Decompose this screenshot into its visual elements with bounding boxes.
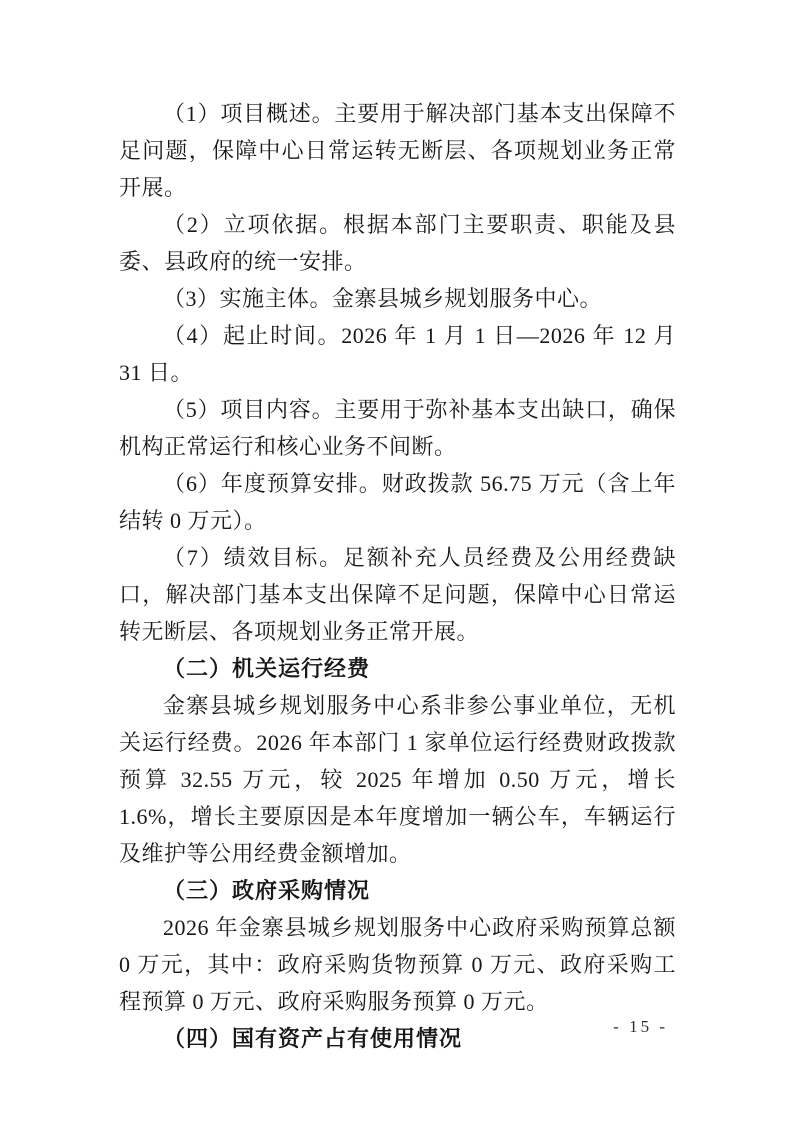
paragraph-procurement: 2026 年金寨县城乡规划服务中心政府采购预算总额 0 万元，其中：政府采购货物… (119, 909, 676, 1020)
paragraph-project-budget: （6）年度预算安排。财政拨款 56.75 万元（含上年结转 0 万元）。 (119, 465, 676, 539)
paragraph-project-dates: （4）起止时间。2026 年 1 月 1 日—2026 年 12 月 31 日。 (119, 317, 676, 391)
document-page: （1）项目概述。主要用于解决部门基本支出保障不足问题，保障中心日常运转无断层、各… (0, 0, 793, 1122)
document-body: （1）项目概述。主要用于解决部门基本支出保障不足问题，保障中心日常运转无断层、各… (119, 95, 676, 1057)
section-heading-operating-funds: （二）机关运行经费 (119, 650, 676, 687)
paragraph-project-performance: （7）绩效目标。足额补充人员经费及公用经费缺口，解决部门基本支出保障不足问题，保… (119, 539, 676, 650)
paragraph-project-basis: （2）立项依据。根据本部门主要职责、职能及县委、县政府的统一安排。 (119, 206, 676, 280)
paragraph-project-implementer: （3）实施主体。金寨县城乡规划服务中心。 (119, 280, 676, 317)
section-heading-procurement: （三）政府采购情况 (119, 872, 676, 909)
page-number: - 15 - (0, 1016, 668, 1038)
paragraph-project-content: （5）项目内容。主要用于弥补基本支出缺口，确保机构正常运行和核心业务不间断。 (119, 391, 676, 465)
paragraph-operating-funds: 金寨县城乡规划服务中心系非参公事业单位，无机关运行经费。2026 年本部门 1 … (119, 687, 676, 872)
paragraph-project-overview: （1）项目概述。主要用于解决部门基本支出保障不足问题，保障中心日常运转无断层、各… (119, 95, 676, 206)
